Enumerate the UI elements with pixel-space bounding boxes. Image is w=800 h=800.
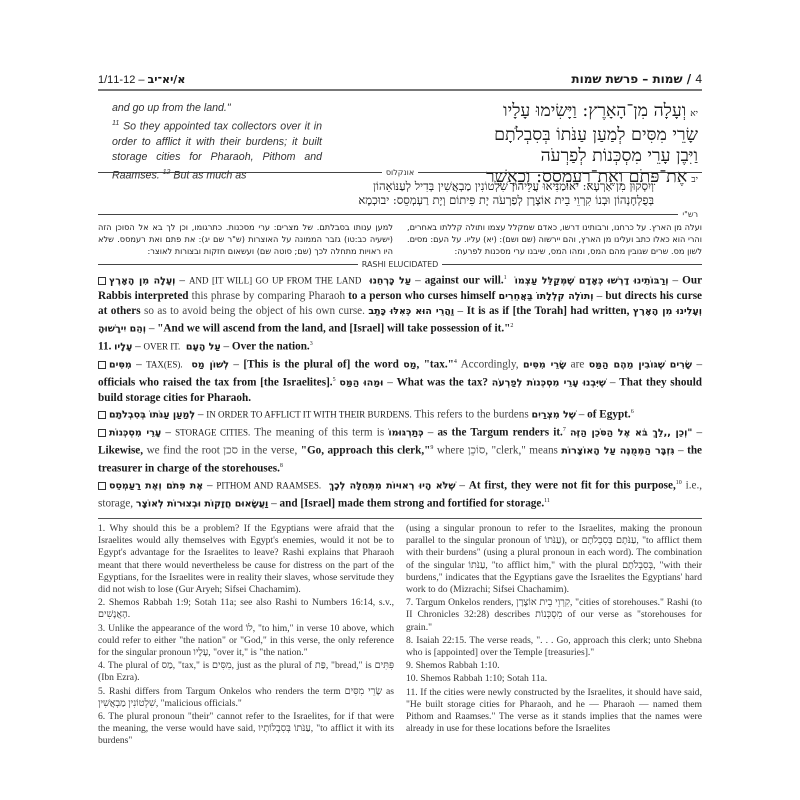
text-span: "And we will ascend from the land, and [… [157,323,510,335]
text-span: where סוֹכֵן, "clerk," means [437,445,558,457]
text-span: אונקלוס [382,168,418,177]
hebrew-verse: יאוְעָלָה מִן־הָאָרֶץ: וַיָּשִׂימוּ עָלָ… [322,101,702,165]
text-span: IN ORDER TO AFFLICT IT WITH THEIR BURDEN… [206,410,412,420]
footnote: 5. Rashi differs from Targum Onkelos who… [98,686,394,710]
text-span: At first, they were not fit for this pur… [469,480,676,492]
rashi-divider: רש"י [98,210,702,219]
text-span: וַעֲשָׂאוּם חֲזָקוֹת וּבְצוּרוֹת לְאוֹצָ… [136,499,268,510]
text-span: וְעָלָה מִן הָאָרֶץ [109,276,175,287]
text-span: AND [IT WILL] GO UP FROM THE LAND [189,276,361,286]
text-span: רש"י [678,210,702,219]
verse-reference: 1/11-12 – א/יא־יב [98,73,185,86]
text-span: we find the root סכן in the verse, [147,445,298,457]
elucidation-paragraph: מִסִּים – TAX(ES). לְשׁוֹן מַס – [This i… [98,355,702,405]
text-span: 9 [430,445,433,451]
text-span: 6 [631,409,634,415]
text-span: וַהֲרֵי הוּא כְּאִלּוּ כָּתַב [368,306,454,317]
text-span: as the Targum renders it. [437,427,562,439]
text-span: גִּזְבָּר הַמְּמֻנֶּה עַל הָאוֹצָרוֹת [561,446,674,457]
text-span: It is as if [the Torah] had written, [467,305,630,317]
text-span: א/יא־יב [148,73,186,86]
footnote-separator [98,518,702,519]
book-title: 4 / שמות – פרשת שמות [571,72,702,86]
footnotes-right-column: (using a singular pronoun to refer to th… [406,523,702,749]
text-span: שמות – פרשת שמות [571,72,682,86]
text-span: 4 [454,359,457,365]
text-span: שָׂרֵי מִסִּים [523,360,566,371]
text-span: 7 [563,427,566,433]
text-span: and [Israel] made them strong and fortif… [280,498,545,510]
footnotes-left-column: 1. Why should this be a problem? If the … [98,523,394,749]
page-number: 4 [695,72,702,86]
elucidation-paragraph: 11. עָלָיו – OVER IT. עַל הָעָם – Over t… [98,337,702,355]
box-icon [98,277,106,285]
text-span: of Egypt. [587,409,631,421]
text-span: עַל כָּרְחֵנוּ [369,276,411,287]
text-span: STORAGE CITIES. [175,428,250,438]
text-span: 11. [98,341,111,353]
box-icon [98,361,106,369]
rashi-elucidated: וְעָלָה מִן הָאָרֶץ – AND [IT WILL] GO U… [98,271,702,512]
elucidation-paragraph: וְעָלָה מִן הָאָרֶץ – AND [IT WILL] GO U… [98,271,702,337]
footnote: 7. Targum Onkelos renders, קִרְוֵי בֵית … [406,597,702,634]
rashi-column-left: למען ענותו בסבלתם. של מצרים: ערי מסכנות.… [98,221,393,257]
elucidated-divider: RASHI ELUCIDATED [98,260,702,269]
text-span: וְעָלָה מִן־הָאָרֶץ: וַיָּשִׂימוּ עָלָיו [503,101,686,121]
text-span: [This is the plural of] the word [243,359,398,371]
text-span: כְּתַרְגּוּמוֹ [388,428,423,439]
verse-block: and go up from the land." 11 So they app… [98,101,702,165]
elucidation-paragraph: אֶת פִּתֹם וְאֶת רַעַמְסֵס – PITHOM AND … [98,476,702,512]
text-span: 8 [280,463,283,469]
footnote: 3. Unlike the appearance of the word לוֹ… [98,623,394,660]
text-span: מִסִּים [109,360,132,371]
text-span: Over the nation. [232,341,310,353]
text-span: The meaning of this term is [254,427,384,439]
elucidation-paragraph: עָרֵי מִסְכְּנוֹת – STORAGE CITIES. The … [98,423,702,476]
text-span: עַל הָעָם [186,342,221,353]
footnote: 11. If the cities were newly constructed… [406,687,702,736]
text-span: Accordingly, [461,359,519,371]
text-span: 10 [676,480,682,486]
text-span: What was the tax? [397,377,488,389]
rashi-column-right: ועלה מן הארץ. על כרחנו, ורבותינו דרשו, כ… [407,221,702,257]
footnote: (using a singular pronoun to refer to th… [406,523,702,596]
text-span: מַס [403,360,416,371]
text-span: , "tax." [417,359,454,371]
footnote: 1. Why should this be a problem? If the … [98,523,394,596]
text-span: 11 [112,120,119,127]
footnote: 9. Shemos Rabbah 1:10. [406,660,702,672]
english-translation: and go up from the land." 11 So they app… [98,101,322,165]
text-span: לְשׁוֹן מַס [191,360,229,371]
text-span: יא [690,109,698,119]
text-span: this phrase by comparing Pharaoh [192,290,345,302]
text-span: TAX(ES). [146,360,183,370]
text-span: "Go, approach this clerk," [301,445,431,457]
text-span: וְרַבּוֹתֵינוּ דָרְשׁוּ [607,276,668,287]
text-span: שָׂרֵי מִסִּים לְמַעַן עַנֹּתוֹ בְּסִבְל… [322,125,698,146]
footnote: 4. The plural of מַס, "tax," is מִסִּים,… [98,660,394,684]
text-span: 2 [510,323,513,329]
onkelos-text: וְיִסְקוּן מִן אַרְעָא: יאוּמַנִּיאוּ עֲ… [98,179,702,207]
text-span: וְכֵן ,,לֵךְ בֹּא אֶל הַסֹּכֵן הַזֶּה" [570,428,692,439]
text-span: לְמַעַן עַנֹּתוֹ בְּסִבְלֹתָם [109,410,195,421]
footnote: 10. Shemos Rabbah 1:10; Sotah 11a. [406,673,702,685]
text-span: שֶׁיִּבְנוּ עָרֵי מִסְכְּנוֹת לְפַרְעֹה [492,378,606,389]
text-span: שָׂרִים שֶׁגּוֹבִין מֵהֶם הַמַּס [589,360,692,371]
text-span: בְּפֻלְחָנְהוֹן וּבְנוֹ קִרְוֵי בֵית אוֹ… [238,193,654,207]
running-header: 1/11-12 – א/יא־יב 4 / שמות – פרשת שמות [98,68,702,91]
text-span: But as much as [173,169,246,181]
box-icon [98,411,106,419]
text-span: 1 [504,275,507,281]
text-span: כְּאָדָם שֶׁמְּקַלֵּל עַצְמוֹ [515,276,604,287]
text-span: PITHOM AND RAAMSES. [216,481,321,491]
elucidation-paragraph: לְמַעַן עַנֹּתוֹ בְּסִבְלֹתָם – IN ORDER… [98,405,702,423]
text-span: עָרֵי מִסְכְּנוֹת [109,428,161,439]
text-span: וְתוֹלֶה קִלְלָתוֹ בַּאֲחֵרִים [498,291,593,302]
footnote: 8. Isaiah 22:15. The verse reads, ". . .… [406,635,702,659]
text-span: 3 [310,341,313,347]
text-span: וְיִסְקוּן מִן אַרְעָא: יאוּמַנִּיאוּ עֲ… [238,179,654,193]
text-span: וַיִּבֶן עָרֵי מִסְכְּנוֹת לְפַרְעֹה [322,146,698,167]
text-span: are [571,359,585,371]
text-span: עָלָיו [114,342,132,353]
text-span: RASHI ELUCIDATED [358,260,443,269]
text-span: שֶׁל מִצְרַיִם [532,410,576,421]
text-span: וּמַהוּ הַמַּס [339,378,383,389]
text-span: Likewise, [98,445,143,457]
text-span: 11 [544,498,550,504]
footnote: 2. Shemos Rabbah 1:9; Sotah 11a; see als… [98,597,394,621]
text-span: so as to avoid being the object of his o… [144,305,365,317]
footnotes: 1. Why should this be a problem? If the … [98,523,702,749]
book-page: 1/11-12 – א/יא־יב 4 / שמות – פרשת שמות a… [98,68,702,749]
text-span: and go up from the land." [112,102,231,114]
text-span: שֶׁלֹּא הָיוּ רְאוּיוֹת מִתְּחִלָּה לְכָ… [329,481,456,492]
text-span: to a person who curses himself [348,290,495,302]
text-span: This refers to the burdens [414,409,528,421]
text-span: 1/11-12 [98,74,135,86]
text-span: against our will. [425,275,504,287]
text-span: OVER IT. [143,342,180,352]
text-span: יב [691,175,698,185]
text-span: אֶת פִּתֹם וְאֶת רַעַמְסֵס [109,481,203,492]
text-span: officials who raised the tax from [the I… [98,377,333,389]
text-span: 5 [333,377,336,383]
rashi-hebrew: ועלה מן הארץ. על כרחנו, ורבותינו דרשו, כ… [98,221,702,257]
footnote: 6. The plural pronoun "their" cannot ref… [98,711,394,748]
box-icon [98,429,106,437]
box-icon [98,482,106,490]
